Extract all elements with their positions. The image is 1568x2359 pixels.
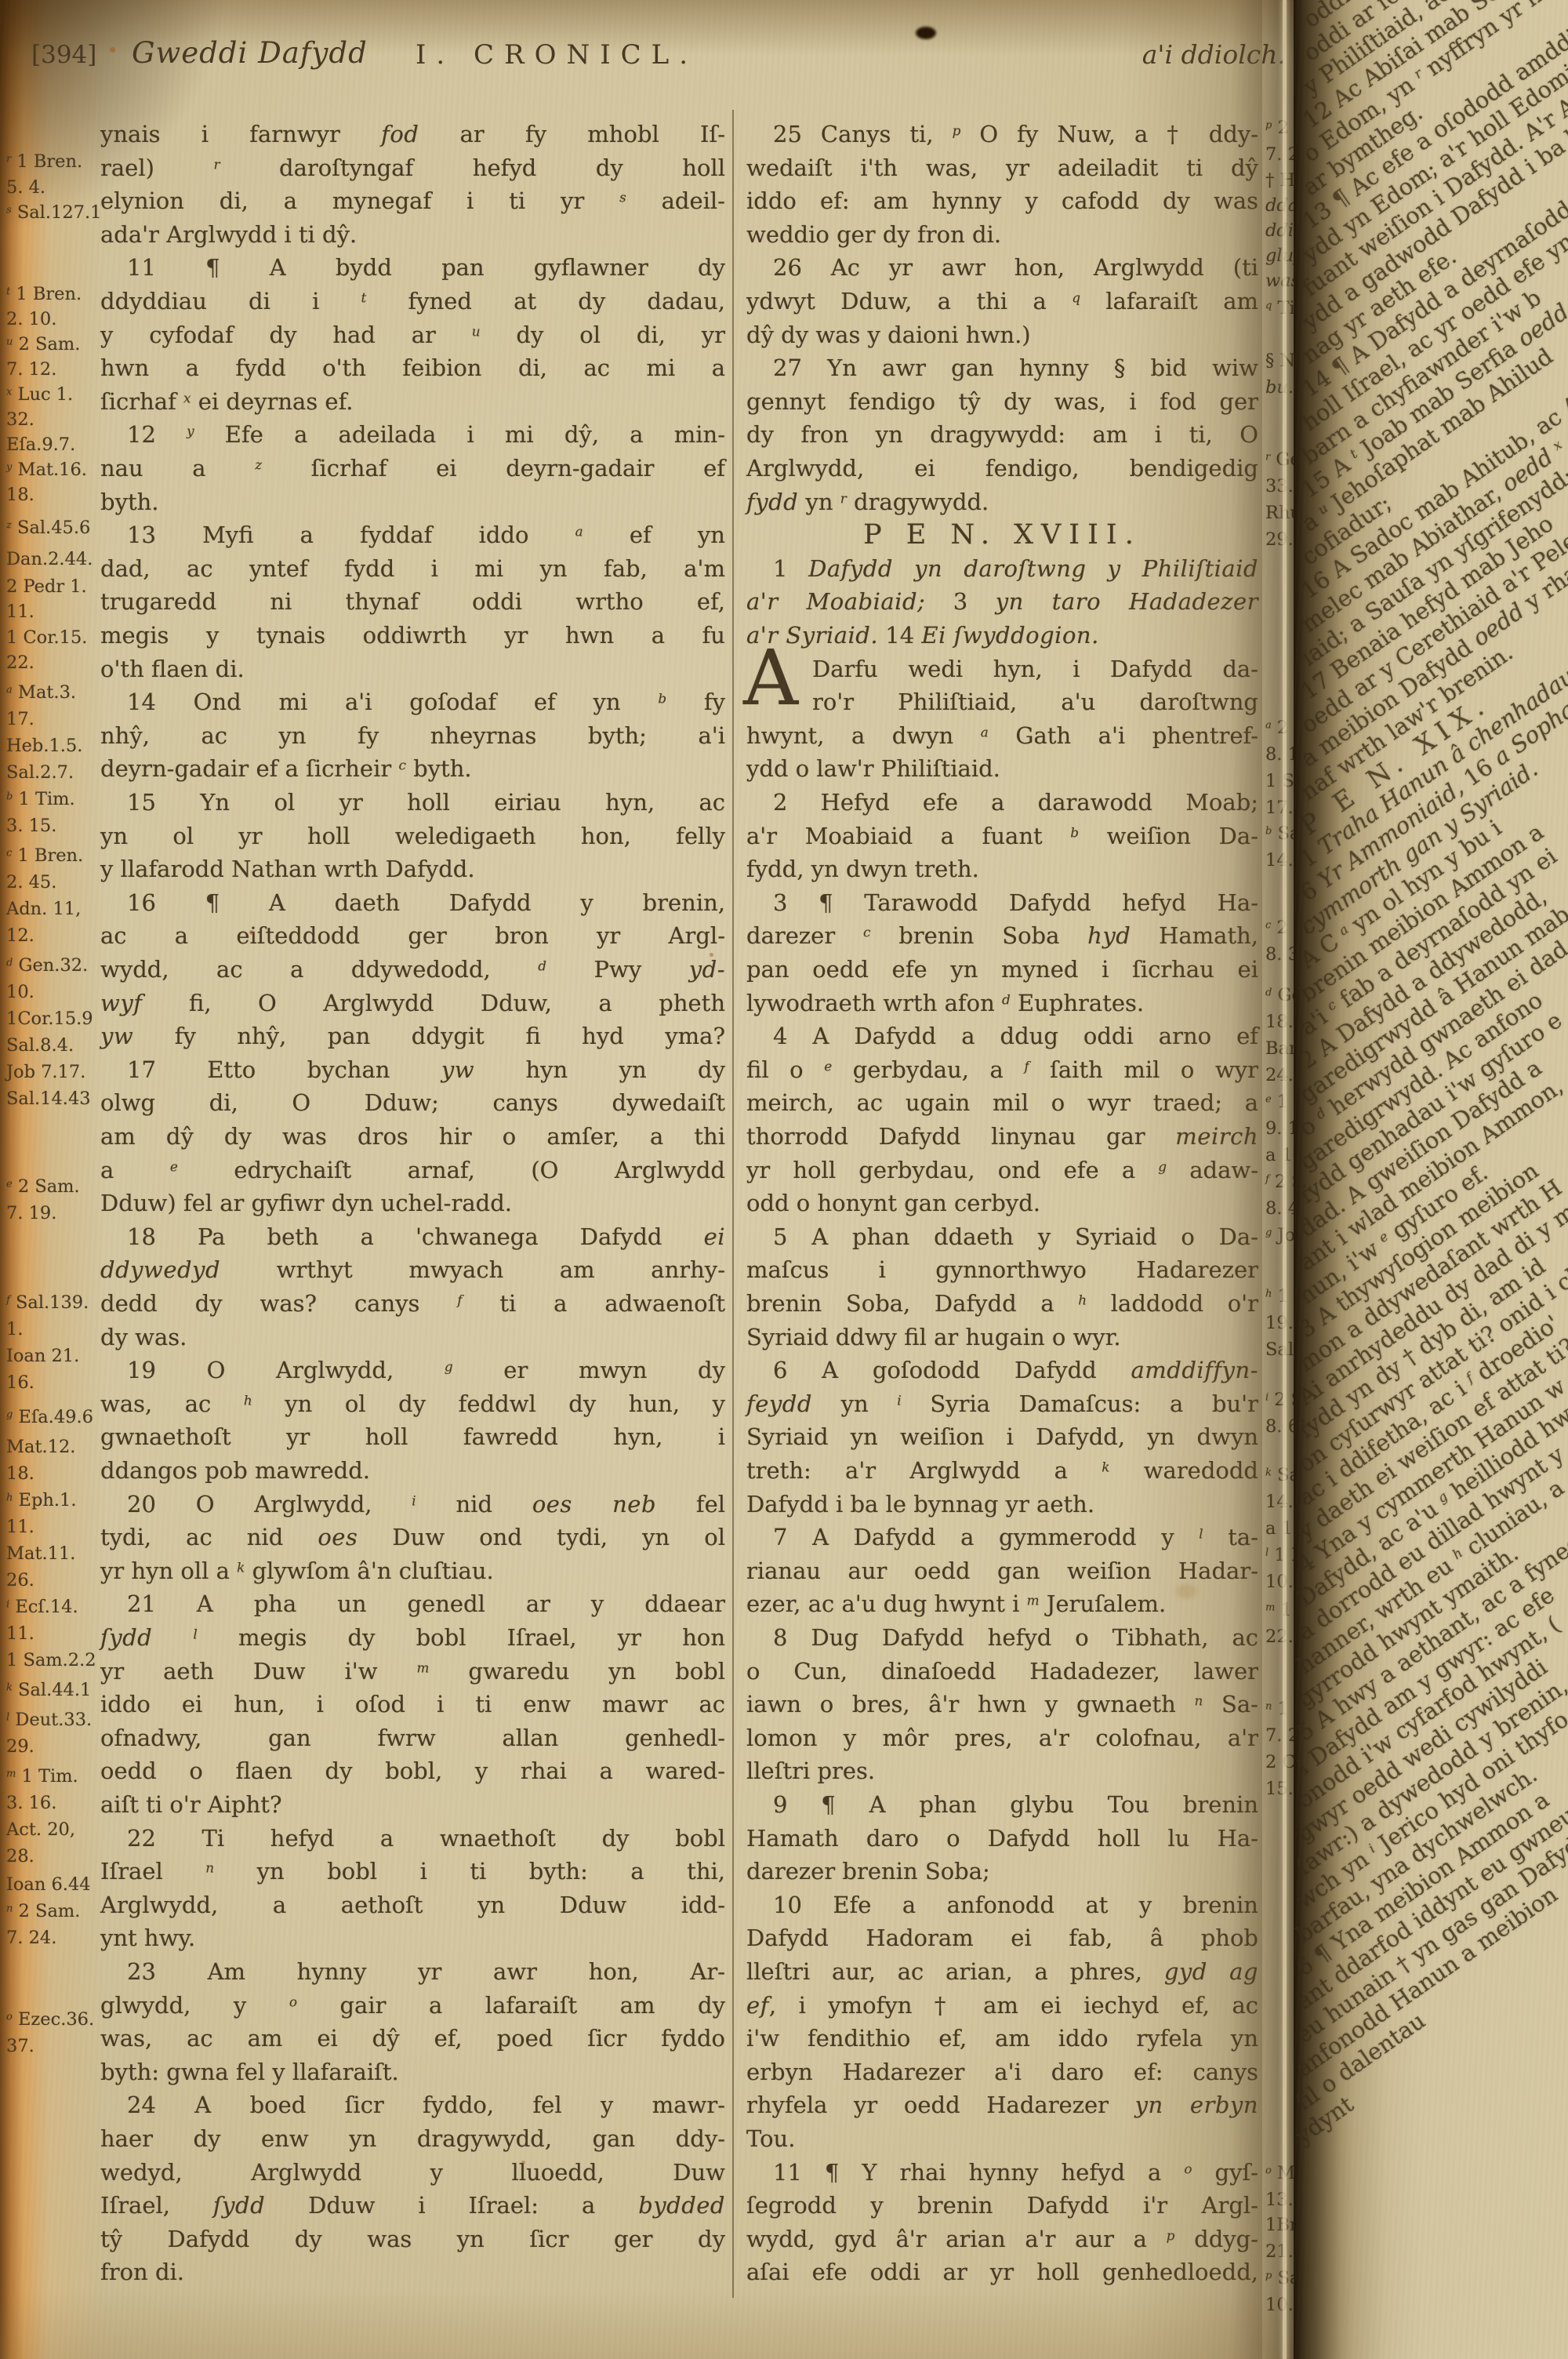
text-line: was, ac am ei dŷ ef, poed ſicr fyddo [100, 2022, 725, 2055]
text-line: ezer, ac a'u dug hwynt i m Jeruſalem. [746, 1587, 1258, 1621]
text-line: glwydd, y o gair a lafaraiſt am dy [100, 1989, 725, 2023]
text-line: y llafarodd Nathan wrth Dafydd. [100, 852, 725, 886]
margin-reference: 28. [6, 1846, 34, 1866]
text-line: ynais i farnwyr fod ar fy mhobl Iſ- [100, 118, 725, 151]
text-line: dy fron yn dragywydd: am i ti, O [746, 418, 1258, 452]
chapter-heading: P E N. XVIII. [746, 518, 1258, 552]
margin-reference: b 1 Tim. [6, 789, 75, 809]
text-line: 1 Dafydd yn daroſtwng y Philiſtiaid [746, 552, 1258, 586]
text-line: ynt hwy. [100, 1921, 725, 1955]
text-line: Dafydd i ba le bynnag yr aeth. [746, 1488, 1258, 1521]
text-line: 27 Yn awr gan hynny § bid wiw [746, 351, 1258, 385]
text-line: was, ac h yn ol dy feddwl dy hun, y [100, 1387, 725, 1421]
margin-reference: 7. 19. [6, 1203, 56, 1223]
text-line: lleſtri aur, ac arian, a phres, gyd ag [746, 1955, 1258, 1989]
text-line: Syriaid ddwy fil ar hugain o wyr. [746, 1321, 1258, 1354]
margin-reference: z Sal.45.6 [6, 518, 90, 538]
margin-reference: 12. [6, 925, 34, 946]
margin-reference: 1 Sam.2.2 [6, 1650, 96, 1670]
text-line: gwnaethoſt yr holl fawredd hyn, i [100, 1420, 725, 1454]
column-divider-rule [732, 110, 734, 2298]
margin-reference: d Gen.32. [6, 955, 88, 976]
margin-reference: o Ezec.36. [6, 2009, 94, 2030]
text-line: a e edrychaiſt arnaf, (O Arglwydd [100, 1154, 725, 1187]
margin-reference: 29. [6, 1736, 34, 1757]
text-line: nhŷ, ac yn fy nheyrnas byth; a'i [100, 719, 725, 753]
margin-reference: 7. 12. [6, 359, 56, 380]
text-line: ef, i ymofyn † am ei iechyd ef, ac [746, 1989, 1258, 2023]
margin-reference: 15. [1265, 1779, 1294, 1799]
text-line: Hamath daro o Dafydd holl lu Ha- [746, 1822, 1258, 1856]
text-line: dedd dy was? canys f ti a adwaenoſt [100, 1287, 725, 1321]
text-line: aſai efe oddi ar yr holl genhedloedd, [746, 2255, 1258, 2289]
text-line: wyf fi, O Arglwydd Dduw, a pheth [100, 987, 725, 1020]
text-line: 22 Ti hefyd a wnaethoſt dy bobl [100, 1822, 725, 1856]
text-line: i'w fendithio ef, am iddo ryfela yn [746, 2022, 1258, 2055]
text-line: wedaiſt i'th was, yr adeiladit ti dŷ [746, 151, 1258, 185]
margin-reference: y Mat.16. [6, 460, 87, 480]
margin-reference: l Deut.33. [6, 1710, 92, 1730]
margin-reference: Adn. 11, [6, 899, 81, 919]
text-line: darezer c brenin Soba hyd Hamath, [746, 919, 1258, 953]
text-line: a'r Syriaid. 14 Ei ſwyddogion. [746, 619, 1258, 652]
margin-reference: r 1 Bren. [6, 151, 82, 172]
text-line: ada'r Arglwydd i ti dŷ. [100, 218, 725, 252]
text-line: wydd, gyd â'r arian a'r aur a p ddyg- [746, 2223, 1258, 2256]
ink-blot [916, 27, 936, 39]
margin-reference: 11. [6, 1623, 34, 1644]
text-line: tydi, ac nid oes Duw ond tydi, yn ol [100, 1521, 725, 1554]
text-line: ddyddiau di i t fyned at dy dadau, [100, 285, 725, 318]
text-line: ro'r Philiſtiaid, a'u daroſtwng [746, 685, 1258, 719]
margin-reference: 17. [1265, 798, 1294, 818]
margin-reference: a Mat.3. [6, 682, 76, 703]
text-line: tŷ Dafydd dy was yn ſicr ger dy [100, 2223, 725, 2256]
drop-cap-initial: A [743, 645, 806, 712]
text-line: yr holl gerbydau, ond efe a g adaw- [746, 1154, 1258, 1187]
text-line: 16 ¶ A daeth Dafydd y brenin, [100, 886, 725, 920]
text-line: o Cun, dinaſoedd Hadadezer, lawer [746, 1655, 1258, 1688]
margin-reference: 2. 10. [6, 309, 56, 329]
text-line: ſicrhaf x ei deyrnas ef. [100, 385, 725, 419]
page-leaf-edge [1283, 0, 1287, 2359]
text-line: 18 Pa beth a 'chwanega Dafydd ei [100, 1220, 725, 1254]
margin-reference: s Sal.127.1 [6, 202, 101, 223]
text-line: ddywedyd wrthyt mwyach am anrhy- [100, 1253, 725, 1287]
text-line: feydd yn i Syria Damaſcus: a bu'r [746, 1387, 1258, 1421]
margin-reference: 2. 45. [6, 872, 56, 892]
text-line: 9 ¶ A phan glybu Tou brenin [746, 1788, 1258, 1822]
text-line: Dduw) fel ar gyfiwr dyn uchel-radd. [100, 1187, 725, 1220]
text-line: aiſt ti o'r Aipht? [100, 1788, 725, 1822]
left-text-column: ynais i farnwyr fod ar fy mhobl Iſ-rael)… [100, 118, 725, 2298]
text-line: elynion di, a mynegaf i ti yr s adeil- [100, 184, 725, 218]
text-line: megis y tynais oddiwrth yr hwn a fu [100, 619, 725, 652]
margin-reference: Sal.14.43 [6, 1089, 91, 1109]
margin-reference: f Sal.139. [6, 1292, 89, 1313]
margin-reference: 11. [6, 602, 34, 622]
margin-reference: m 1 Tim. [6, 1766, 78, 1787]
text-line: thorrodd Dafydd linynau gar meirch [746, 1120, 1258, 1154]
margin-reference: 32. [6, 409, 34, 430]
text-line: 10 Efe a anfonodd at y brenin [746, 1888, 1258, 1922]
margin-reference: i Ecſ.14. [6, 1597, 78, 1617]
margin-reference: Sal.2.7. [6, 762, 74, 783]
text-line: Syriaid yn weiſion i Dafydd, yn dwyn [746, 1420, 1258, 1454]
text-line: dad, ac yntef fydd i mi yn fab, a'm [100, 552, 725, 586]
margin-reference: u 2 Sam. [6, 334, 80, 354]
text-line: Arglwydd, a aethoſt yn Dduw idd- [100, 1888, 725, 1922]
text-line: 25 Canys ti, p O fy Nuw, a † ddy- [746, 118, 1258, 151]
text-line: Tou. [746, 2122, 1258, 2156]
text-line: ſegrodd y brenin Dafydd i'r Argl- [746, 2189, 1258, 2223]
text-line: rianau aur oedd gan weiſion Hadar- [746, 1554, 1258, 1588]
margin-reference: g Eſa.49.6 [6, 1407, 93, 1427]
text-line: iddo ei hun, i oſod i ti enw mawr ac [100, 1688, 725, 1721]
margin-reference: 24. [1265, 1065, 1294, 1085]
text-line: ofnadwy, gan fwrw allan genhedl- [100, 1721, 725, 1755]
text-line: 4 A Dafydd a ddug oddi arno ef [746, 1020, 1258, 1053]
book-page-photo: [394] Gweddi Dafydd I. CRONICL. a'i ddio… [0, 0, 1568, 2359]
text-line: 15 Yn ol yr holl eiriau hyn, ac [100, 786, 725, 820]
text-line: darezer brenin Soba; [746, 1855, 1258, 1888]
text-line: Arglwydd, ei fendigo, bendigedig [746, 452, 1258, 485]
text-line: fron di. [100, 2255, 725, 2289]
text-line: am dŷ dy was dros hir o amſer, a thi [100, 1120, 725, 1154]
text-line: wedyd, Arglwydd y lluoedd, Duw [100, 2156, 725, 2190]
text-line: fil o e gerbydau, a f ſaith mil o wyr [746, 1053, 1258, 1087]
margin-reference: Heb.1.5. [6, 736, 82, 756]
margin-reference: 22. [6, 652, 34, 673]
text-line: yr aeth Duw i'w m gwaredu yn bobl [100, 1655, 725, 1688]
margin-reference: 14. [1265, 850, 1294, 871]
margin-reference: 18. [1265, 1012, 1294, 1032]
margin-reference: 18. [6, 485, 34, 505]
margin-reference: 3. 16. [6, 1793, 56, 1813]
margin-reference: 1. [6, 1319, 23, 1339]
text-line: byth. [100, 485, 725, 519]
text-line: a'r Moabiaid a fuant b weiſion Da- [746, 820, 1258, 853]
text-line: fydd yn r dragywydd. [746, 485, 1258, 519]
text-line: maſcus i gynnorthwyo Hadarezer [746, 1253, 1258, 1287]
text-line: 11 ¶ Y rhai hynny hefyd a o gyſ- [746, 2156, 1258, 2190]
text-line: 11 ¶ A bydd pan gyflawner dy [100, 251, 725, 285]
text-line: pan oedd efe yn myned i ſicrhau ei [746, 953, 1258, 987]
text-line: nau a z ſicrhaf ei deyrn-gadair ef [100, 452, 725, 485]
text-line: olwg di, O Dduw; canys dywedaiſt [100, 1086, 725, 1120]
margin-reference: 2 Pedr 1. [6, 576, 87, 597]
text-line: Iſrael n yn bobl i ti byth: a thi, [100, 1855, 725, 1888]
margin-reference: k Sal.44.1 [6, 1680, 91, 1700]
margin-reference: 7. 24. [6, 1928, 56, 1948]
text-line: haer dy enw yn dragywydd, gan ddy- [100, 2122, 725, 2156]
margin-reference: 13. [1265, 2190, 1294, 2210]
text-line: Darfu wedi hyn, i Dafydd da- [746, 652, 1258, 686]
text-line: Iſrael, ſydd Dduw i Iſrael: a bydded [100, 2189, 725, 2223]
text-line: lomon y môr pres, a'r colofnau, a'r [746, 1721, 1258, 1755]
text-line: 2 Hefyd efe a darawodd Moab; [746, 786, 1258, 820]
text-line: o'th flaen di. [100, 652, 725, 686]
margin-reference: c 1 Bren. [6, 845, 83, 866]
running-title-left: Gweddi Dafydd [132, 36, 368, 70]
margin-reference: 37. [6, 2036, 34, 2056]
right-text-column: 25 Canys ti, p O fy Nuw, a † ddy-wedaiſt… [746, 118, 1258, 2298]
text-line: dŷ dy was y daioni hwn.) [746, 318, 1258, 352]
margin-reference: t 1 Bren. [6, 284, 82, 304]
margin-reference: 29. [1265, 529, 1294, 550]
text-line: dy was. [100, 1321, 725, 1354]
paper-speck [110, 47, 115, 53]
text-line: treth: a'r Arglwydd a k waredodd [746, 1454, 1258, 1488]
left-margin-references: r 1 Bren.5. 4.s Sal.127.1t 1 Bren.2. 10.… [6, 0, 94, 2359]
book-title: I. CRONICL. [408, 39, 706, 71]
margin-reference: Mat.12. [6, 1437, 75, 1457]
text-line: fydd, yn dwyn treth. [746, 852, 1258, 886]
margin-reference: 16. [6, 1372, 34, 1393]
margin-reference: 18. [6, 1463, 34, 1484]
text-line: 5 A phan ddaeth y Syriaid o Da- [746, 1220, 1258, 1254]
text-line: hwynt, a dwyn a Gath a'i phentref- [746, 719, 1258, 753]
text-line: wydd, ac a ddywedodd, d Pwy yd- [100, 953, 725, 987]
text-line: hwn a fydd o'th feibion di, ac mi a [100, 351, 725, 385]
margin-reference: 1Cor.15.9 [6, 1009, 93, 1029]
margin-reference: 5. 4. [6, 177, 45, 198]
text-line: ddangos pob mawredd. [100, 1454, 725, 1488]
margin-reference: 3. 15. [6, 816, 56, 836]
text-line: weddio ger dy fron di. [746, 218, 1258, 252]
margin-reference: 21. [1265, 2241, 1294, 2262]
text-line: 14 Ond mi a'i goſodaf ef yn b fy [100, 685, 725, 719]
text-line: lleſtri pres. [746, 1754, 1258, 1788]
margin-reference: 11. [6, 1517, 34, 1537]
text-line: ydd o law'r Philiſtiaid. [746, 752, 1258, 786]
text-line: iddo ef: am hynny y cafodd dy was [746, 184, 1258, 218]
text-line: odd o honynt gan cerbyd. [746, 1187, 1258, 1220]
margin-reference: e 2 Sam. [6, 1176, 80, 1197]
margin-reference: Ioan 6.44 [6, 1874, 91, 1895]
text-line: 17 Etto bychan yw hyn yn dy [100, 1053, 725, 1087]
margin-reference: n 2 Sam. [6, 1901, 80, 1921]
margin-reference: 17. [6, 709, 34, 729]
text-line: erbyn Hadarezer a'i daro ef: canys [746, 2055, 1258, 2089]
text-line: ſydd l megis dy bobl Iſrael, yr hon [100, 1621, 725, 1655]
text-line: 8 Dug Dafydd hefyd o Tibhath, ac [746, 1621, 1258, 1655]
margin-reference: Sal.8.4. [6, 1035, 74, 1056]
margin-reference: Mat.11. [6, 1543, 75, 1564]
text-line: brenin Soba, Dafydd a h laddodd o'r [746, 1287, 1258, 1321]
text-line: rael) r daroſtyngaf hefyd dy holl [100, 151, 725, 185]
text-line: yw fy nhŷ, pan ddygit fi hyd yma? [100, 1020, 725, 1053]
margin-reference: 10. [1265, 2295, 1294, 2315]
margin-reference: Job 7.17. [6, 1062, 85, 1082]
text-line: 20 O Arglwydd, i nid oes neb fel [100, 1488, 725, 1521]
margin-reference: bu. [1265, 377, 1294, 398]
text-line: y cyfodaf dy had ar u dy ol di, yr [100, 318, 725, 352]
margin-reference: Act. 20, [6, 1819, 75, 1840]
text-line: yr hyn oll a k glywſom â'n cluſtiau. [100, 1554, 725, 1588]
margin-reference: 26. [6, 1570, 34, 1590]
margin-reference: 14. [1265, 1492, 1294, 1512]
text-line: trugaredd ni thynaf oddi wrtho ef, [100, 585, 725, 619]
text-line: 3 ¶ Tarawodd Dafydd hefyd Ha- [746, 886, 1258, 920]
text-line: gennyt fendigo tŷ dy was, i fod ger [746, 385, 1258, 419]
margin-reference: x Luc 1. [6, 384, 73, 405]
text-line: 26 Ac yr awr hon, Arglwydd (ti [746, 251, 1258, 285]
margin-reference: 33. [1265, 476, 1294, 496]
text-line: 7 A Dafydd a gymmerodd y l ta- [746, 1521, 1258, 1554]
text-line: iawn o bres, â'r hwn y gwnaeth n Sa- [746, 1688, 1258, 1721]
margin-reference: Eſa.9.7. [6, 434, 75, 455]
text-line: 12 y Efe a adeilada i mi dŷ, a min- [100, 418, 725, 452]
text-line: 23 Am hynny yr awr hon, Ar- [100, 1955, 725, 1989]
text-line: Dafydd Hadoram ei fab, â phob [746, 1921, 1258, 1955]
margin-reference: Ioan 21. [6, 1346, 79, 1366]
margin-reference: Dan.2.44. [6, 549, 93, 569]
text-line: 19 O Arglwydd, g er mwyn dy [100, 1354, 725, 1387]
text-line: 24 A boed ſicr fyddo, fel y mawr- [100, 2088, 725, 2122]
running-title-right: a'i ddiolch. [1066, 39, 1286, 70]
text-line: oedd o flaen dy bobl, y rhai a wared- [100, 1754, 725, 1788]
adjacent-page: oddi ar Edom, ac oddi aroddi ar feibion … [1294, 0, 1568, 2359]
text-line: 13 Myfi a fyddaf iddo a ef yn [100, 518, 725, 552]
text-line: byth: gwna fel y llafaraiſt. [100, 2055, 725, 2089]
text-line: deyrn-gadair ef a ſicrheir c byth. [100, 752, 725, 786]
text-line: yn ol yr holl weledigaeth hon, felly [100, 820, 725, 853]
text-line: 6 A goſododd Dafydd amddiffyn- [746, 1354, 1258, 1387]
text-line: a'r Moabiaid; 3 yn taro Hadadezer [746, 585, 1258, 619]
adjacent-page-text: oddi ar Edom, ac oddi aroddi ar feibion … [1298, 0, 1568, 1450]
margin-reference: 1 Cor.15. [6, 627, 87, 648]
text-line: lywodraeth wrth afon d Euphrates. [746, 987, 1258, 1020]
text-line: meirch, ac ugain mil o wyr traed; a [746, 1086, 1258, 1120]
text-line: 21 A pha un genedl ar y ddaear [100, 1587, 725, 1621]
text-line: ydwyt Dduw, a thi a q lafaraiſt am [746, 285, 1258, 318]
text-line: rhyfela yr oedd Hadarezer yn erbyn [746, 2088, 1258, 2122]
text-line: ac a eiſteddodd ger bron yr Argl- [100, 919, 725, 953]
margin-reference: h Eph.1. [6, 1490, 77, 1510]
margin-reference: 10. [6, 982, 34, 1002]
